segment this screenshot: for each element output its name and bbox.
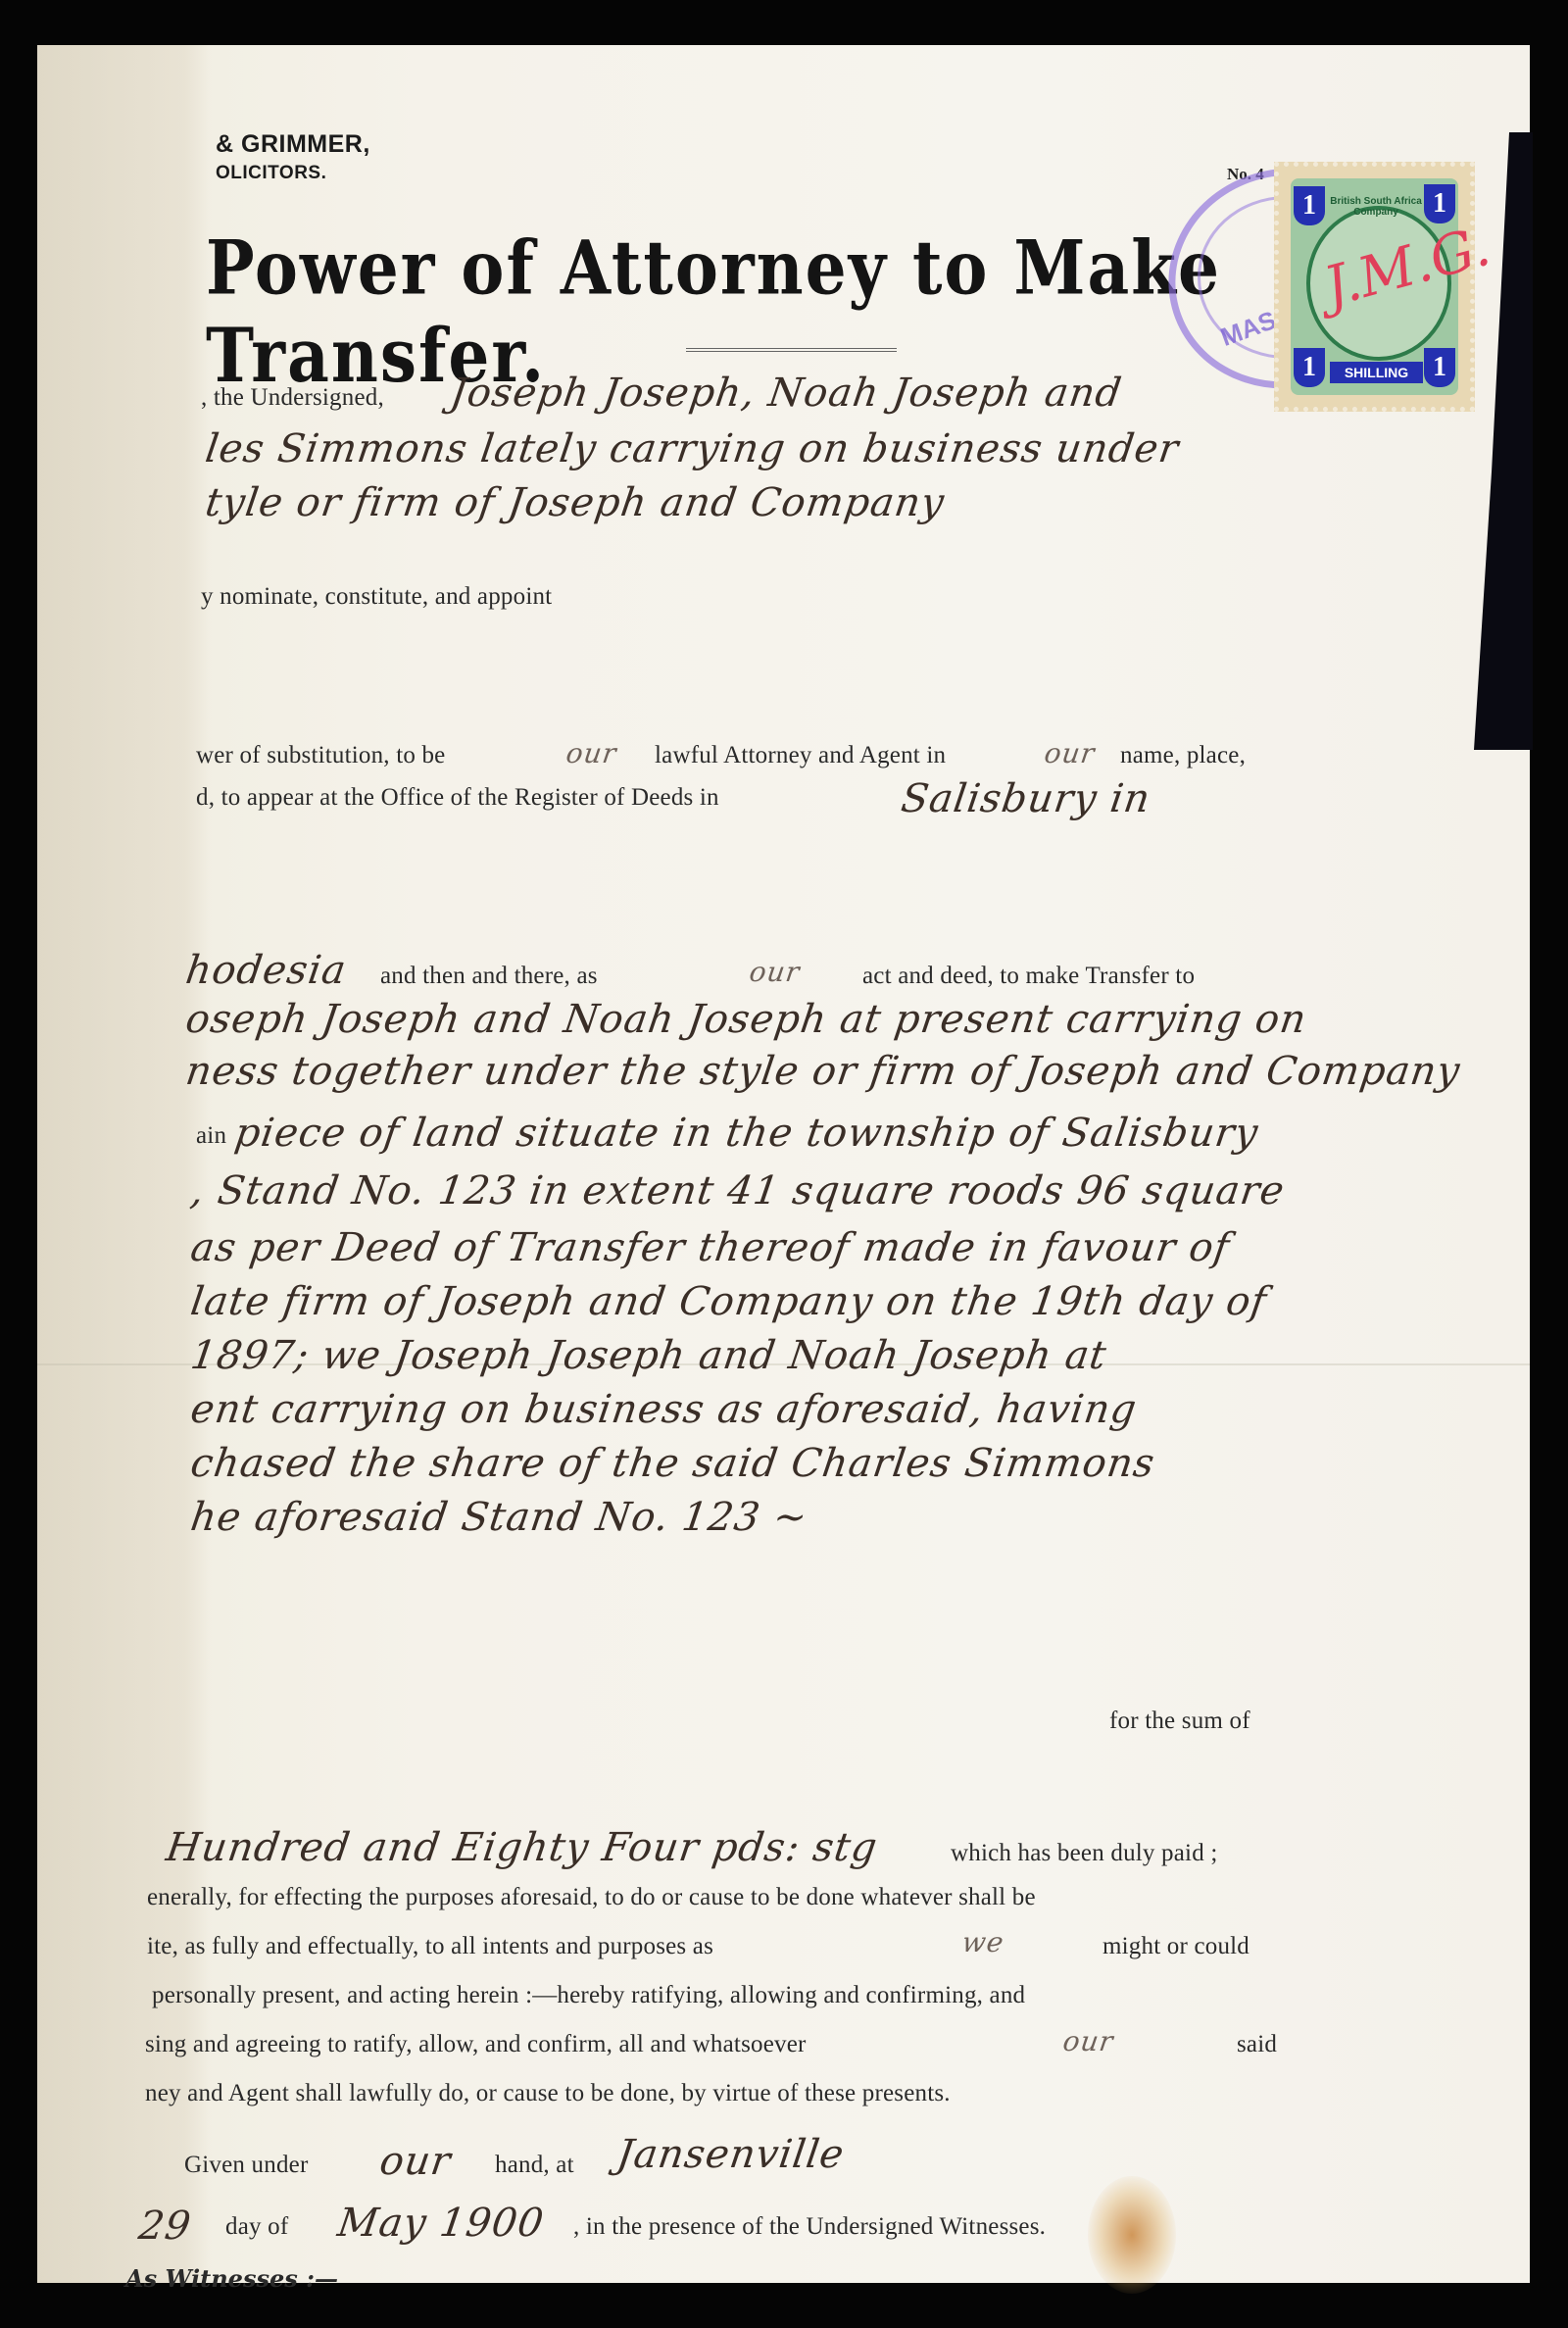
hand-our-2: our	[1043, 737, 1098, 769]
hand-rhodesia: hodesia	[183, 948, 350, 993]
print-agreeing-ratify: sing and agreeing to ratify, allow, and …	[145, 2031, 807, 2058]
print-for-the-sum-of: for the sum of	[1109, 1708, 1250, 1735]
print-register-of-deeds: d, to appear at the Office of the Regist…	[196, 784, 719, 812]
print-hand-at: hand, at	[495, 2152, 574, 2179]
print-duly-paid: which has been duly paid ;	[951, 1840, 1218, 1867]
letterhead-firm: & GRIMMER,	[216, 129, 370, 159]
hand-transferee-firm: ness together under the style or firm of…	[183, 1049, 1463, 1094]
hand-our-3: our	[748, 956, 803, 988]
hand-our-4: our	[1061, 2025, 1116, 2057]
print-presence-of-witnesses: , in the presence of the Undersigned Wit…	[573, 2213, 1046, 2241]
hand-land-description: piece of land situate in the township of…	[232, 1111, 1261, 1156]
hand-deed-of-transfer: as per Deed of Transfer thereof made in …	[188, 1225, 1233, 1270]
stamp-issuer: British South Africa Company	[1312, 196, 1440, 218]
print-lawful-attorney: lawful Attorney and Agent in	[655, 742, 946, 769]
print-make-transfer-to: act and deed, to make Transfer to	[862, 963, 1195, 990]
print-substitution: wer of substitution, to be	[196, 742, 445, 769]
stamp-value-top-left: 1	[1294, 186, 1325, 225]
hand-our-5: our	[377, 2139, 454, 2184]
hand-transferees: oseph Joseph and Noah Joseph at present …	[183, 997, 1310, 1042]
hand-our-1: our	[564, 737, 619, 769]
print-personally-present: personally present, and acting herein :—…	[152, 1982, 1025, 2009]
hand-carrying-business: ent carrying on business as aforesaid, h…	[188, 1387, 1140, 1432]
hand-purchased-share: chased the share of the said Charles Sim…	[188, 1441, 1158, 1486]
print-as-witnesses: As Witnesses :—	[125, 2264, 338, 2293]
print-virtue-of-presents: ney and Agent shall lawfully do, or caus…	[145, 2080, 951, 2107]
title-underline-rule	[686, 348, 897, 352]
print-day-of: day of	[225, 2213, 288, 2241]
letterhead: & GRIMMER, OLICITORS.	[216, 129, 370, 188]
letterhead-role: OLICITORS.	[216, 159, 370, 188]
print-then-and-there: and then and there, as	[380, 963, 598, 990]
hand-place-jansenville: Jansenville	[614, 2132, 848, 2177]
print-fully-effectually: ite, as fully and effectually, to all in…	[147, 1933, 713, 1960]
print-given-under: Given under	[184, 2152, 308, 2179]
stamp-value-bottom-right: 1	[1424, 348, 1455, 387]
revenue-stamp: British South Africa Company 1 1 1 1 SHI…	[1274, 162, 1475, 412]
hand-firm-style: tyle or firm of Joseph and Company	[203, 480, 948, 525]
stamp-value-top-right: 1	[1424, 184, 1455, 223]
hand-sum-amount: Hundred and Eighty Four pds: stg	[164, 1825, 881, 1870]
print-said: said	[1237, 2031, 1277, 2058]
print-the-undersigned: , the Undersigned,	[201, 384, 384, 412]
print-generally: enerally, for effecting the purposes afo…	[147, 1884, 1036, 1911]
rust-stain	[1088, 2176, 1176, 2294]
hand-stand-extent: , Stand No. 123 in extent 41 square rood…	[188, 1168, 1288, 1214]
hand-aforesaid-stand: he aforesaid Stand No. 123 ~	[188, 1495, 810, 1540]
hand-late-firm-date: late firm of Joseph and Company on the 1…	[188, 1279, 1270, 1324]
hand-1897-we: 1897; we Joseph Joseph and Noah Joseph a…	[188, 1333, 1110, 1378]
hand-grantor-names-cont: les Simmons lately carrying on business …	[203, 426, 1182, 471]
hand-we: we	[960, 1926, 1006, 1958]
print-might-or-could: might or could	[1102, 1933, 1249, 1960]
stamp-denomination: SHILLING	[1330, 362, 1423, 383]
print-certain: ain	[196, 1122, 226, 1150]
hand-day-29: 29	[136, 2204, 194, 2249]
hand-place-salisbury: Salisbury in	[899, 776, 1153, 821]
print-nominate-appoint: y nominate, constitute, and appoint	[201, 583, 552, 611]
hand-may-1900: May 1900	[335, 2201, 547, 2246]
stamp-value-bottom-left: 1	[1294, 348, 1325, 387]
print-name-place: name, place,	[1120, 742, 1246, 769]
hand-grantor-names: Joseph Joseph, Noah Joseph and	[448, 371, 1125, 416]
